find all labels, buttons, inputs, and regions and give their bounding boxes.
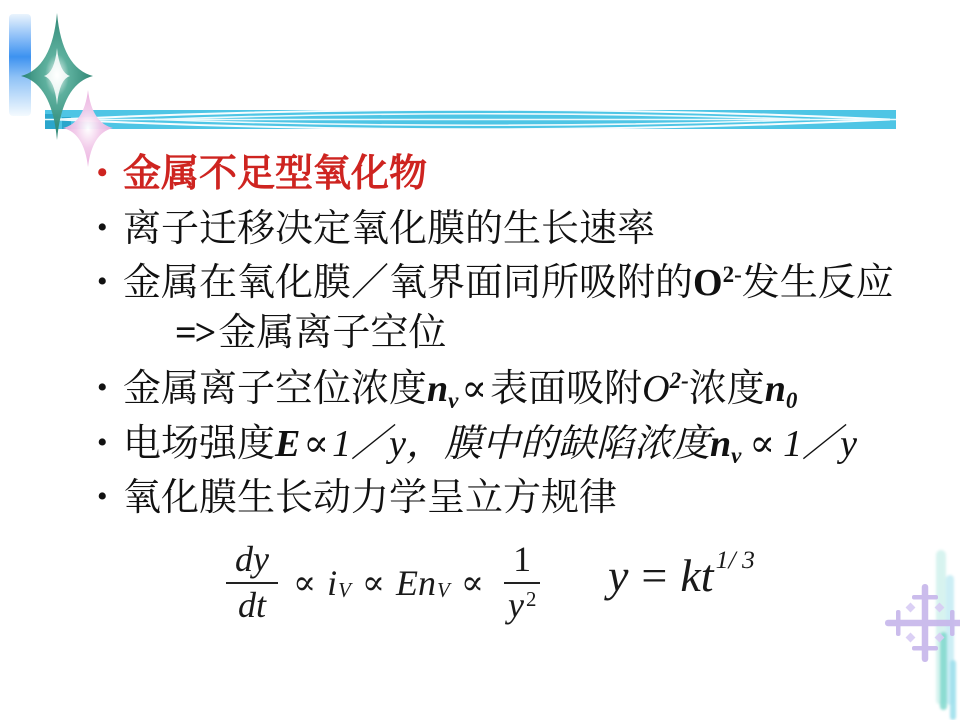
oxygen-charge-superscript: 2- xyxy=(723,262,742,287)
En-variable: En xyxy=(396,562,436,604)
kt-term: kt xyxy=(680,549,713,602)
divider-band xyxy=(45,106,908,132)
teal-star-icon xyxy=(21,13,93,140)
bullet-text: 电场强度 xyxy=(123,423,275,465)
band-dash-2 xyxy=(62,117,71,129)
band-dash-1 xyxy=(45,114,58,129)
bullet-icon: • xyxy=(97,420,123,466)
bullet-item-field-strength: •电场强度E∝1／y，膜中的缺陷浓度nv∝1／y xyxy=(97,420,857,472)
band-lens-top xyxy=(57,110,890,120)
En-subscript: V xyxy=(437,578,450,603)
bullet-icon: • xyxy=(97,205,123,251)
fraction-text: 1／y xyxy=(783,423,857,465)
square-exponent: 2 xyxy=(526,587,536,611)
bullet-continuation-vacancy: =>金属离子空位 xyxy=(175,310,446,356)
n-variable: n xyxy=(710,423,731,465)
bullet-text: 金属在氧化膜／氧界面同所吸附的 xyxy=(123,262,693,304)
bullet-text: 氧化膜生长动力学呈立方规律 xyxy=(123,477,617,519)
slide: •金属不足型氧化物 •离子迁移决定氧化膜的生长速率 •金属在氧化膜／氧界面同所吸… xyxy=(0,0,960,720)
n-variable: n xyxy=(765,368,786,410)
proportional-symbol: ∝ xyxy=(749,423,775,465)
implies-arrow: => xyxy=(175,312,214,354)
y-variable: y xyxy=(608,549,628,602)
bullet-text: 金属不足型氧化物 xyxy=(123,153,427,195)
bullet-item-cubic-law: •氧化膜生长动力学呈立方规律 xyxy=(97,474,617,521)
bullet-text-italic: 膜中的缺陷浓度 xyxy=(444,423,710,465)
proportional-symbol: ∝ xyxy=(461,368,487,410)
band-bar xyxy=(45,110,896,129)
bullet-item-metal-reaction: •金属在氧化膜／氧界面同所吸附的O2-发生反应 xyxy=(97,259,894,311)
one-third-exponent: 1/ 3 xyxy=(716,545,755,575)
cross-sparkle-decoration xyxy=(860,540,960,720)
n-subscript: v xyxy=(731,443,741,468)
growth-law-formula: y = kt 1/ 3 xyxy=(608,549,755,602)
equals-sign: = xyxy=(641,549,667,602)
proportional-symbol: ∝ xyxy=(461,563,484,603)
bullet-icon: • xyxy=(97,259,123,305)
bullet-text: 离子迁移决定氧化膜的生长速率 xyxy=(123,208,655,250)
purple-cross-icon xyxy=(885,584,960,662)
oxygen-symbol: O xyxy=(693,262,723,304)
bullet-item-metal-deficient-oxide: •金属不足型氧化物 xyxy=(97,150,427,197)
oxygen-symbol: O xyxy=(642,368,669,410)
rate-formula: dy dt ∝ iV ∝ EnV ∝ 1 y2 xyxy=(222,541,549,625)
bullet-icon: • xyxy=(97,365,123,411)
n-subscript: 0 xyxy=(786,388,798,413)
band-lens-bottom xyxy=(57,120,890,130)
comma: ， xyxy=(406,423,444,465)
denominator: dt xyxy=(229,584,275,625)
bullet-icon: • xyxy=(97,150,123,196)
bullet-icon: • xyxy=(97,474,123,520)
bullet-text: 金属离子空位 xyxy=(218,312,446,354)
E-variable: E xyxy=(275,423,300,465)
proportional-symbol: ∝ xyxy=(293,563,316,603)
numerator: 1 xyxy=(504,541,540,584)
proportional-symbol: ∝ xyxy=(303,423,329,465)
y-variable: y xyxy=(508,585,524,625)
cross-diamonds xyxy=(906,603,945,643)
current-variable: i xyxy=(327,562,337,604)
bullet-text: 表面吸附 xyxy=(490,368,642,410)
n-subscript: v xyxy=(448,388,458,413)
proportional-symbol: ∝ xyxy=(362,563,385,603)
oxygen-charge-superscript: 2- xyxy=(670,368,689,393)
fraction-dy-dt: dy dt xyxy=(226,541,278,625)
bullet-text: 金属离子空位浓度 xyxy=(123,368,427,410)
bullet-text: 浓度 xyxy=(689,368,765,410)
denominator: y2 xyxy=(499,584,545,625)
current-subscript: V xyxy=(338,578,351,603)
bullet-item-vacancy-concentration: •金属离子空位浓度nv∝表面吸附O2-浓度n0 xyxy=(97,365,797,417)
numerator: dy xyxy=(226,541,278,584)
teal-star-core xyxy=(44,48,70,105)
cyan-streaks xyxy=(936,550,956,720)
bullet-item-ion-migration: •离子迁移决定氧化膜的生长速率 xyxy=(97,205,655,252)
band-lens-inner-bottom xyxy=(155,120,810,126)
fraction-text: 1／y xyxy=(332,423,406,465)
n-variable: n xyxy=(427,368,448,410)
blue-bar xyxy=(9,14,31,116)
bullet-text: 发生反应 xyxy=(742,262,894,304)
band-lens-inner-top xyxy=(155,114,810,120)
fraction-1-y2: 1 y2 xyxy=(499,541,545,625)
